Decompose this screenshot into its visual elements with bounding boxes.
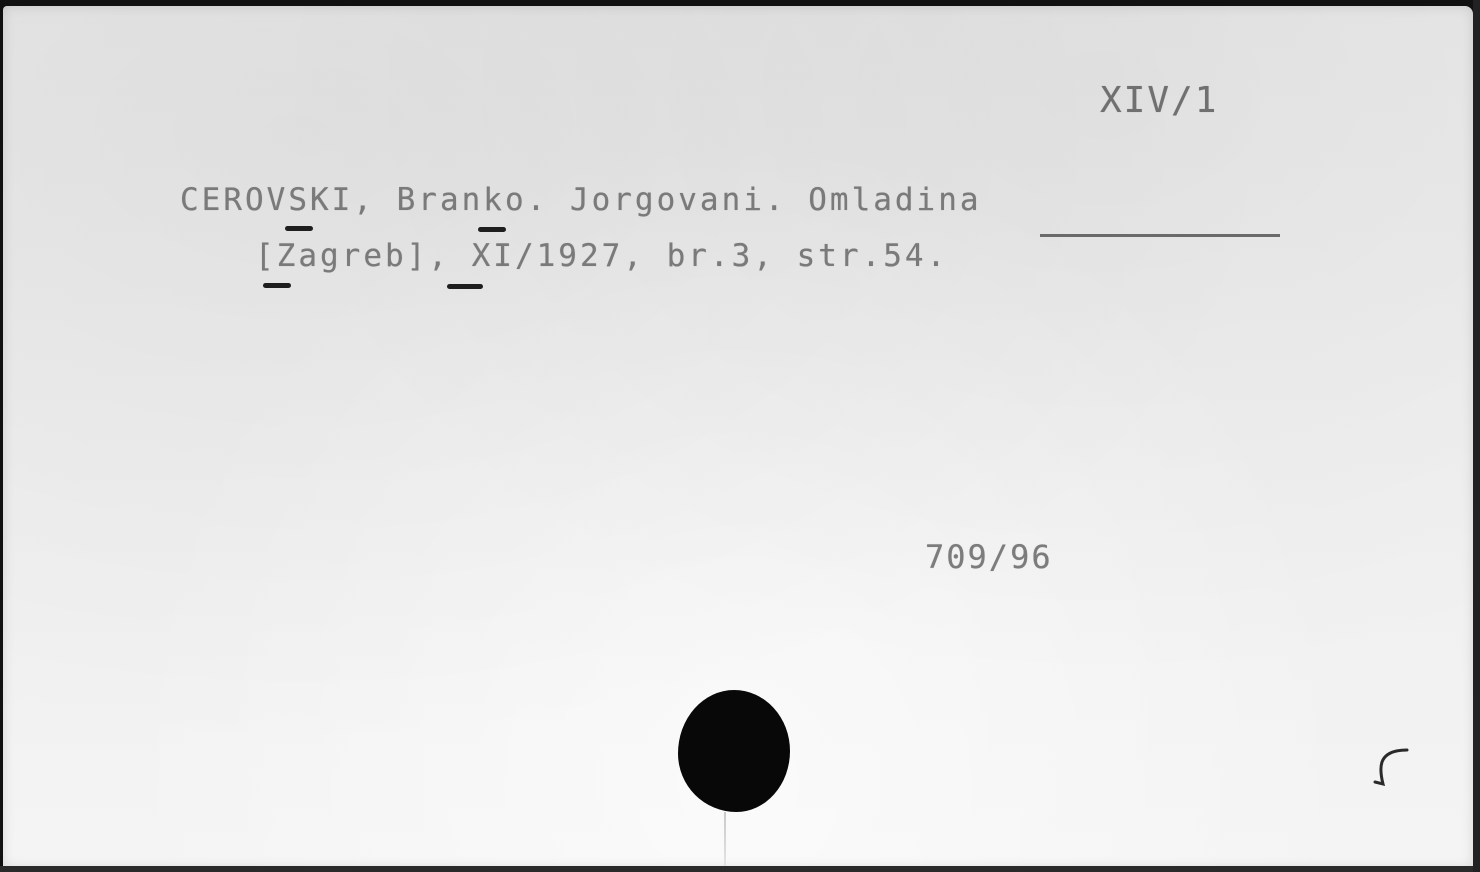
accession-number: 709/96 [925,538,1053,576]
ink-bracket-mark [478,227,506,232]
entry-author-title-line: CEROVSKI, Branko. Jorgovani. Omladina [180,182,982,218]
punch-hole-icon [678,690,790,812]
ink-bracket-mark [263,283,291,288]
card-right-edge [1473,0,1480,872]
classification-mark: XIV/1 [1100,80,1218,121]
card-bottom-edge [0,866,1480,872]
ink-bracket-mark [285,226,313,231]
periodical-title-underline [1040,234,1280,237]
check-hook-mark-icon [1355,748,1415,798]
ink-bracket-mark [447,284,483,289]
entry-publication-line: [Zagreb], XI/1927, br.3, str.54. [255,238,948,274]
paper-crack [724,812,726,868]
